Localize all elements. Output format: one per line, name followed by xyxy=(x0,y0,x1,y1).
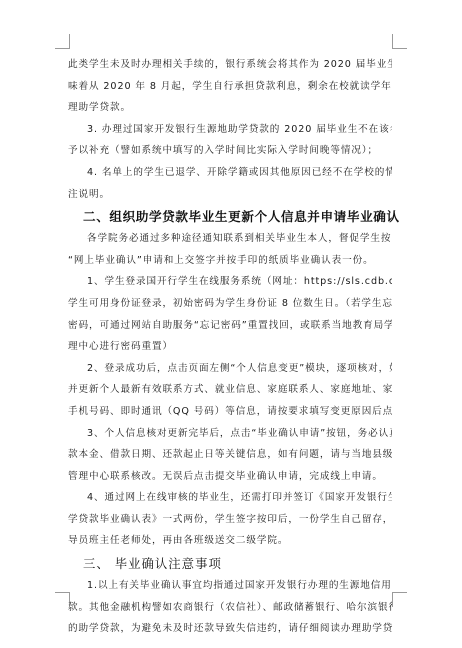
text-line: 管理中心联系核改。无误后点击提交毕业确认申请，完成线上申请。 xyxy=(68,466,392,488)
section-heading-3: 三、 毕业确认注意事项 xyxy=(68,552,392,575)
text-line: 予以补充（譬如系统中填写的入学时间比实际入学时间晚等情况）； xyxy=(68,140,392,162)
text-line: 密码，可通过网站自助服务“忘记密码”重置找回，或联系当地教育局学生资助管 xyxy=(68,315,392,337)
text-line: 注说明。 xyxy=(68,184,392,206)
text-line: 款。其他金融机构譬如农商银行（农信社）、邮政储蓄银行、哈尔滨银行等开办 xyxy=(68,597,392,619)
paragraph-continued: 此类学生未及时办理相关手续的，银行系统会将其作为 2020 届毕业生对待，意 味… xyxy=(68,54,392,119)
text-line: 味着从 2020 年 8 月起，学生自行承担贷款利息，剩余在校就读学年无法继续办 xyxy=(68,76,392,98)
text-line: 并更新个人最新有效联系方式、就业信息、家庭联系人、家庭地址、家庭电话、 xyxy=(68,379,392,401)
text-line: 学生可用身份证登录，初始密码为学生身份证 8 位数生日。（若学生忘记登录名、 xyxy=(68,293,392,315)
section-heading-2: 二、组织助学贷款毕业生更新个人信息并申请毕业确认 xyxy=(68,205,392,228)
crop-mark-bottom-right xyxy=(392,592,407,607)
text-line: 的助学贷款，为避免未及时还款导致失信违约，请仔细阅读办理助学贷款时所签 xyxy=(68,618,392,640)
document-page: 此类学生未及时办理相关手续的，银行系统会将其作为 2020 届毕业生对待，意 味… xyxy=(68,54,392,640)
text-line: 3. 办理过国家开发银行生源地助学贷款的 2020 届毕业生不在该名单上，请 xyxy=(68,119,392,141)
text-line: “网上毕业确认”申请和上交签字并按手印的纸质毕业确认表一份。 xyxy=(68,250,392,272)
section-3-body: 1.以上有关毕业确认事宜均指通过国家开发银行办理的生源地信用助学贷 款。其他金融… xyxy=(68,575,392,640)
crop-mark-top-right xyxy=(392,34,407,49)
text-line: 导员班主任老师处，再由各班级送交二级学院。 xyxy=(68,530,392,552)
text-line: 手机号码、即时通讯（QQ 号码）等信息，请按要求填写变更原因后点击“提交”。 xyxy=(68,401,392,423)
text-line: 理助学贷款。 xyxy=(68,97,392,119)
text-line: 1.以上有关毕业确认事宜均指通过国家开发银行办理的生源地信用助学贷 xyxy=(68,575,392,597)
text-line: 1、学生登录国开行学生在线服务系统（网址：https://sls.cdb.com… xyxy=(68,271,392,293)
text-line: 4. 名单上的学生已退学、开除学籍或因其他原因已经不在学校的情况，请备 xyxy=(68,162,392,184)
text-line: 学贷款毕业确认表》一式两份，学生签字按印后，一份学生自己留存，一份交辅 xyxy=(68,509,392,531)
paragraph-item-3: 3. 办理过国家开发银行生源地助学贷款的 2020 届毕业生不在该名单上，请 予… xyxy=(68,119,392,162)
crop-mark-top-left xyxy=(55,34,70,49)
text-line: 各学院务必通过多种途径通知联系到相关毕业生本人，督促学生按时提交 xyxy=(68,228,392,250)
text-line: 3、个人信息核对更新完毕后，点击“毕业确认申请”按钮，务必认真核对贷 xyxy=(68,423,392,445)
text-line: 此类学生未及时办理相关手续的，银行系统会将其作为 2020 届毕业生对待，意 xyxy=(68,54,392,76)
text-line: 4、通过网上在线审核的毕业生，还需打印并签订《国家开发银行生源地助 xyxy=(68,487,392,509)
text-line: 2、登录成功后，点击页面左侧“个人信息变更”模块，逐项核对，如实核对 xyxy=(68,358,392,380)
text-line: 理中心进行密码重置） xyxy=(68,336,392,358)
text-line: 款本金、借款日期、还款起止日等关键信息，如有问题，请与当地县级学生资助 xyxy=(68,444,392,466)
section-2-body: 各学院务必通过多种途径通知联系到相关毕业生本人，督促学生按时提交 “网上毕业确认… xyxy=(68,228,392,552)
paragraph-item-4: 4. 名单上的学生已退学、开除学籍或因其他原因已经不在学校的情况，请备 注说明。 xyxy=(68,162,392,205)
